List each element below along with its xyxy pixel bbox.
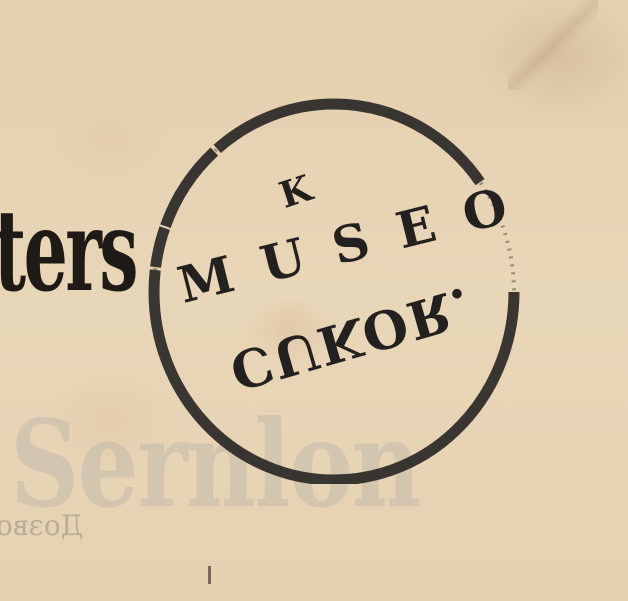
circular-ink-stamp: K MUSEO CUKOR. — [140, 96, 528, 484]
bleed-through-small-text: Дозво — [0, 512, 84, 540]
paper-crease — [508, 0, 598, 90]
ink-speck — [208, 566, 211, 584]
printed-heading-fragment: ters — [0, 196, 136, 308]
